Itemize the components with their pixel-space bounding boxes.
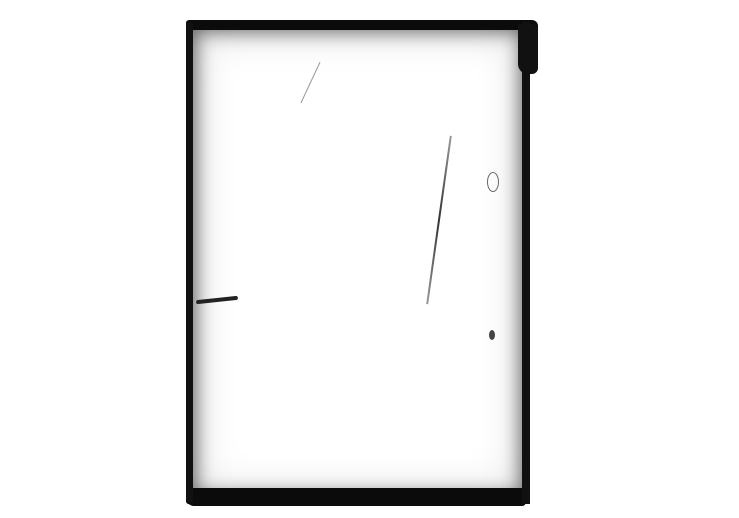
scanned-blank-page bbox=[186, 22, 530, 504]
paper-stain bbox=[487, 172, 499, 192]
page-edge-top bbox=[186, 20, 538, 30]
page-edge-right bbox=[522, 22, 530, 504]
paper-stain bbox=[489, 330, 495, 340]
page-edge-left bbox=[186, 22, 193, 502]
page-corner-damage bbox=[518, 24, 538, 74]
page-edge-bottom bbox=[186, 488, 526, 506]
